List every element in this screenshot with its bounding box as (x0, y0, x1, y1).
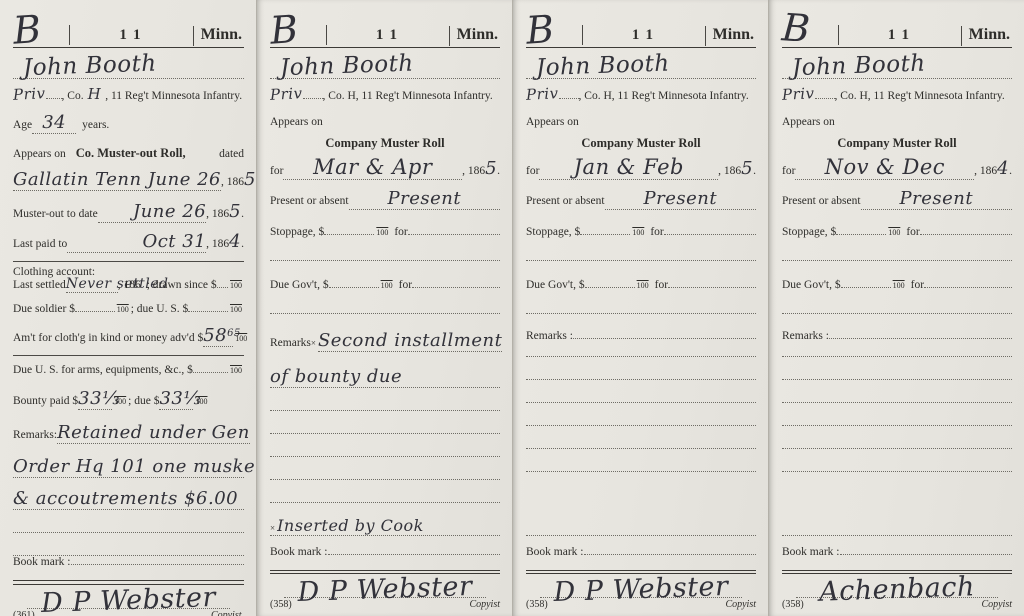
muster-out-hand: June 26 (133, 201, 206, 222)
soldier-name-line: John Booth (526, 54, 756, 79)
cents-denominator: 100 (888, 228, 900, 237)
soldier-name: John Booth (13, 52, 157, 81)
soldier-name: John Booth (270, 52, 414, 81)
company-letter-hand: B (525, 10, 579, 48)
blank-line (782, 379, 1012, 380)
for-word: for (646, 226, 663, 238)
roll-place-hand: Gallatin Tenn June 26 (13, 169, 221, 190)
due-govt-fill (585, 283, 635, 288)
state-abbrev: Minn. (193, 26, 244, 46)
rank-regiment-line: Priv , Co. H , 11 Reg't Minnesota Infant… (13, 85, 244, 102)
remarks-fill: Second installment (318, 330, 502, 352)
year-printed: , 186 (221, 176, 244, 188)
remarks-hand-2: of bounty due (270, 366, 402, 387)
remarks-label: Remarks: (13, 429, 57, 441)
cents-denominator: 100 (230, 305, 242, 314)
bounty-paid-fill: 33⅓ (78, 388, 112, 410)
period-fill: Jan & Feb (539, 155, 718, 180)
remarks-label: Remarks (270, 337, 311, 349)
bounty-due-fill: 33⅓ (159, 388, 193, 410)
muster-out-card: B 11 Minn. John Booth Priv , Co. H , 11 … (0, 0, 256, 616)
blank-line (526, 356, 756, 357)
remarks-line-2: Order Hq 101 one musket (13, 456, 244, 478)
cents-denominator: 100 (632, 228, 644, 237)
year-printed: , 186 (462, 165, 485, 177)
appears-on-label: Appears on (270, 116, 500, 128)
regiment-number: 11 (843, 27, 960, 46)
for-label: for (782, 165, 795, 177)
card-footer-block: ×Inserted by Cook Book mark : D P Webste… (270, 516, 500, 611)
blank-line (270, 502, 500, 503)
last-settled-line: Last settled Never settled , 186 ; drawn… (13, 276, 244, 293)
stoppage-label: Stoppage, $ (526, 226, 580, 238)
company-hand: H (84, 85, 106, 103)
blank-line (782, 448, 1012, 449)
remarks-label: Remarks : (526, 330, 573, 342)
due-govt-fill (329, 283, 379, 288)
blank-line (526, 535, 756, 536)
due-govt-line: Due Gov't, $ 100 for (782, 279, 1012, 291)
age-line: Age 34 years. (13, 112, 244, 134)
rank-hand: Priv (526, 84, 559, 104)
book-mark-fill (584, 550, 757, 555)
period-fill: Nov & Dec (795, 155, 974, 180)
year-hand: 5 (741, 158, 753, 179)
for-word: for (390, 226, 407, 238)
due-us-fill (188, 307, 228, 312)
remarks-hand-1: Second installment (318, 330, 502, 351)
period: . (497, 165, 500, 177)
header-divider (326, 25, 327, 45)
present-hand: Present (387, 188, 461, 209)
present-hand: Present (643, 188, 717, 209)
blank-line (13, 532, 244, 533)
due-arms-label: Due U. S. for arms, equipments, &c., $ (13, 364, 193, 376)
section-rule (13, 261, 244, 262)
drawn-since-label: ; drawn since $ (141, 279, 217, 291)
due-soldier-line: Due soldier $ 100 ; due U. S. $ 100 (13, 303, 244, 315)
rank-hand: Priv (782, 84, 815, 104)
rank-regiment-line: Priv , Co. H, 11 Reg't Minnesota Infantr… (782, 85, 1012, 102)
book-mark-label: Book mark : (13, 556, 71, 568)
blank-line (270, 410, 500, 411)
copyist-signature: D P Webster (13, 580, 245, 616)
due-govt-label: Due Gov't, $ (270, 279, 329, 291)
appears-on-line: Appears on Co. Muster-out Roll, dated (13, 146, 244, 161)
header-divider (69, 25, 70, 45)
last-settled-fill: Never settled (66, 276, 118, 293)
cents-denominator: 100 (230, 281, 242, 290)
amt-fill: 5865 (203, 325, 233, 347)
muster-out-year-hand: 5 (229, 201, 241, 222)
header-divider (838, 25, 839, 45)
for-word: for (902, 226, 919, 238)
reference-mark: × (270, 523, 275, 533)
roll-title: Company Muster Roll (270, 136, 500, 151)
blank-line (270, 260, 500, 261)
muster-roll-card-jan-feb: B 11 Minn. John Booth Priv , Co. H, 11 R… (512, 0, 768, 616)
book-mark-line: Book mark : (270, 546, 500, 558)
present-fill: Present (349, 188, 500, 210)
regiment-label: , 11 Reg't Minnesota Infantry. (105, 90, 242, 102)
soldier-name: John Booth (526, 52, 670, 81)
present-absent-line: Present or absent Present (526, 188, 756, 210)
soldier-name-line: John Booth (13, 54, 244, 79)
company-letter-hand: B (781, 10, 835, 48)
roll-year-hand: 5 (244, 169, 256, 190)
appears-on-label: Appears on (13, 148, 66, 160)
remarks-line: Remarks : (782, 330, 1012, 342)
age-label: Age (13, 119, 32, 131)
amt-clothing-line: Am't for cloth'g in kind or money adv'd … (13, 325, 244, 347)
for-period-line: for Jan & Feb , 186 5 . (526, 155, 756, 180)
due-govt-fill (841, 283, 891, 288)
card-footer-block: Book mark : Achenbach (358) Copyist (782, 535, 1012, 611)
for-period-line: for Mar & Apr , 186 5 . (270, 155, 500, 180)
stoppage-line: Stoppage, $ 100 for (526, 226, 756, 238)
amt-label: Am't for cloth'g in kind or money adv'd … (13, 332, 203, 344)
muster-out-label: Muster-out to date (13, 208, 98, 220)
year-hand: 4 (997, 158, 1009, 179)
roll-title: Company Muster Roll (782, 136, 1012, 151)
bounty-due-label: ; due $ (128, 395, 159, 407)
blank-line (526, 471, 756, 472)
bounty-line: Bounty paid $ 33⅓ 100 ; due $ 33⅓ 100 (13, 388, 244, 410)
blank-line (782, 260, 1012, 261)
last-paid-fill: Oct 31 (67, 231, 206, 253)
present-absent-line: Present or absent Present (270, 188, 500, 210)
blank-line (270, 433, 500, 434)
roll-place-date-line: Gallatin Tenn June 26 , 186 5 . (13, 169, 244, 191)
age-hand: 34 (42, 112, 66, 133)
regiment-label: , Co. H, 11 Reg't Minnesota Infantry. (835, 90, 1005, 102)
remarks-line: Remarks: Retained under Gen (13, 422, 244, 444)
stoppage-reason-fill (920, 230, 1012, 235)
remarks-fill (829, 334, 1012, 339)
year-printed-3: , 186 (206, 238, 229, 250)
year-printed-2: , 186 (206, 208, 229, 220)
book-mark-label: Book mark : (270, 546, 328, 558)
due-arms-fill (193, 368, 228, 373)
blank-line (782, 402, 1012, 403)
header-divider (582, 25, 583, 45)
cents-denominator: 100 (235, 334, 247, 343)
period-fill: Mar & Apr (283, 155, 462, 180)
remarks-label: Remarks : (782, 330, 829, 342)
present-absent-line: Present or absent Present (782, 188, 1012, 210)
regiment-number: 11 (74, 27, 192, 46)
period-hand: Nov & Dec (825, 155, 945, 179)
book-mark-line: Book mark : (526, 546, 756, 558)
remarks-fill: Retained under Gen (57, 422, 250, 444)
last-paid-line: Last paid to Oct 31 , 186 4 . (13, 231, 244, 253)
rank-regiment-line: Priv , Co. H, 11 Reg't Minnesota Infantr… (526, 85, 756, 102)
soldier-name-line: John Booth (270, 54, 500, 79)
regiment-label: , Co. H, 11 Reg't Minnesota Infantry. (323, 90, 493, 102)
blank-line (526, 425, 756, 426)
period-2: . (241, 208, 244, 220)
due-govt-line: Due Gov't, $ 100 for (526, 279, 756, 291)
present-fill: Present (605, 188, 756, 210)
due-soldier-label: Due soldier $ (13, 303, 75, 315)
regiment-number: 11 (331, 27, 448, 46)
blank-line (526, 402, 756, 403)
state-abbrev: Minn. (449, 26, 500, 46)
card-footer-block: Book mark : D P Webster (361) Copyist. (13, 556, 244, 616)
regiment-label: , Co. H, 11 Reg't Minnesota Infantry. (579, 90, 749, 102)
dotted-fill (303, 94, 323, 99)
blank-line (782, 471, 1012, 472)
card-header: B 11 Minn. (782, 8, 1012, 48)
cents-denominator: 100 (376, 228, 388, 237)
bounty-paid-label: Bounty paid $ (13, 395, 78, 407)
rank-hand: Priv (270, 84, 303, 104)
due-govt-reason-fill (412, 283, 500, 288)
section-rule (13, 355, 244, 356)
cents-denominator: 100 (893, 281, 905, 290)
blank-line (526, 448, 756, 449)
remarks-hand-3: & accoutrements $6.00 (13, 488, 238, 509)
age-suffix: years. (76, 119, 109, 131)
dated-label: dated (219, 148, 244, 160)
cents-denominator: 100 (195, 397, 207, 406)
dotted-fill (815, 94, 835, 99)
stoppage-line: Stoppage, $ 100 for (782, 226, 1012, 238)
for-period-line: for Nov & Dec , 186 4 . (782, 155, 1012, 180)
due-arms-line: Due U. S. for arms, equipments, &c., $ 1… (13, 364, 244, 376)
year-printed: , 186 (974, 165, 997, 177)
book-mark-fill (71, 560, 245, 565)
remarks-line: Remarks × Second installment (270, 330, 500, 352)
cents-denominator: 100 (230, 366, 242, 375)
period-3: . (241, 238, 244, 250)
record-card-sheet: B 11 Minn. John Booth Priv , Co. H , 11 … (0, 0, 1024, 616)
for-label: for (526, 165, 539, 177)
present-label: Present or absent (270, 195, 349, 207)
period: . (753, 165, 756, 177)
card-header: B 11 Minn. (526, 8, 756, 48)
blank-line (526, 379, 756, 380)
remarks-line: Remarks : (526, 330, 756, 342)
due-us-label: ; due U. S. $ (131, 303, 189, 315)
due-soldier-fill (75, 307, 115, 312)
company-letter-hand: B (12, 10, 66, 48)
stoppage-line: Stoppage, $ 100 for (270, 226, 500, 238)
book-mark-line: Book mark : (782, 546, 1012, 558)
due-govt-reason-fill (668, 283, 756, 288)
last-settled-label: Last settled (13, 279, 66, 291)
muster-roll-card-nov-dec: B 11 Minn. John Booth Priv , Co. H, 11 R… (768, 0, 1024, 616)
stoppage-fill (580, 230, 630, 235)
book-mark-label: Book mark : (526, 546, 584, 558)
for-word: for (907, 279, 924, 291)
blank-line (782, 535, 1012, 536)
age-fill: 34 (32, 112, 76, 134)
stoppage-fill (324, 230, 374, 235)
last-paid-hand: Oct 31 (142, 231, 206, 252)
roll-title: Co. Muster-out Roll, (66, 146, 196, 161)
state-abbrev: Minn. (961, 26, 1012, 46)
due-govt-line: Due Gov't, $ 100 for (270, 279, 500, 291)
book-mark-label: Book mark : (782, 546, 840, 558)
drawn-since-fill (217, 283, 228, 288)
remarks-line-3: & accoutrements $6.00 (13, 488, 244, 510)
book-mark-fill (840, 550, 1013, 555)
muster-roll-card-mar-apr: B 11 Minn. John Booth Priv , Co. H, 11 R… (256, 0, 512, 616)
reference-mark: × (311, 338, 316, 348)
regiment-number: 11 (587, 27, 704, 46)
stoppage-label: Stoppage, $ (782, 226, 836, 238)
dotted-fill (559, 94, 579, 99)
period-hand: Jan & Feb (574, 155, 684, 179)
rank-hand: Priv (13, 84, 46, 104)
due-govt-label: Due Gov't, $ (526, 279, 585, 291)
stoppage-label: Stoppage, $ (270, 226, 324, 238)
state-abbrev: Minn. (705, 26, 756, 46)
year-hand: 5 (485, 158, 497, 179)
cents-denominator: 100 (114, 397, 126, 406)
muster-out-fill: June 26 (98, 201, 206, 223)
cents-denominator: 100 (637, 281, 649, 290)
present-hand: Present (899, 188, 973, 209)
place-fill: Gallatin Tenn June 26 (13, 169, 221, 191)
due-govt-reason-fill (924, 283, 1012, 288)
blank-line (526, 313, 756, 314)
for-label: for (270, 165, 283, 177)
roll-title: Company Muster Roll (526, 136, 756, 151)
card-header: B 11 Minn. (13, 8, 244, 48)
stoppage-fill (836, 230, 886, 235)
co-prefix: , Co. (62, 90, 84, 102)
remarks-line-2: of bounty due (270, 366, 500, 388)
period: . (1009, 165, 1012, 177)
dotted-fill (46, 94, 62, 99)
remarks-hand-2: Order Hq 101 one musket (13, 456, 263, 477)
due-govt-label: Due Gov't, $ (782, 279, 841, 291)
present-fill: Present (861, 188, 1012, 210)
appears-on-label: Appears on (526, 116, 756, 128)
remarks-hand-1: Retained under Gen (57, 422, 250, 443)
last-paid-label: Last paid to (13, 238, 67, 250)
remarks-fill (573, 334, 756, 339)
for-word: for (395, 279, 412, 291)
last-paid-year-hand: 4 (229, 231, 241, 252)
year-printed: , 186 (718, 165, 741, 177)
rank-regiment-line: Priv , Co. H, 11 Reg't Minnesota Infantr… (270, 85, 500, 102)
card-header: B 11 Minn. (270, 8, 500, 48)
blank-line (270, 313, 500, 314)
blank-line (782, 313, 1012, 314)
muster-out-line: Muster-out to date June 26 , 186 5 . (13, 201, 244, 223)
cents-denominator: 100 (381, 281, 393, 290)
amt-dollars-hand: 58 (203, 325, 227, 346)
soldier-name-line: John Booth (782, 54, 1012, 79)
book-mark-line: Book mark : (13, 556, 244, 568)
company-letter-hand: B (269, 10, 323, 48)
present-label: Present or absent (526, 195, 605, 207)
card-footer-block: Book mark : D P Webster (358) Copyist (526, 535, 756, 611)
present-label: Present or absent (782, 195, 861, 207)
blank-line (526, 260, 756, 261)
soldier-name: John Booth (782, 52, 926, 81)
blank-line (782, 425, 1012, 426)
blank-line (782, 356, 1012, 357)
blank-line (270, 456, 500, 457)
stoppage-reason-fill (408, 230, 500, 235)
stoppage-reason-fill (664, 230, 756, 235)
blank-line (270, 479, 500, 480)
book-mark-fill (328, 550, 501, 555)
last-settled-mid: , 186 (118, 279, 141, 291)
inserted-line: ×Inserted by Cook (270, 516, 500, 536)
inserted-hand: Inserted by Cook (277, 516, 424, 535)
appears-on-label: Appears on (782, 116, 1012, 128)
for-word: for (651, 279, 668, 291)
cents-denominator: 100 (117, 305, 129, 314)
period-hand: Mar & Apr (313, 155, 432, 179)
